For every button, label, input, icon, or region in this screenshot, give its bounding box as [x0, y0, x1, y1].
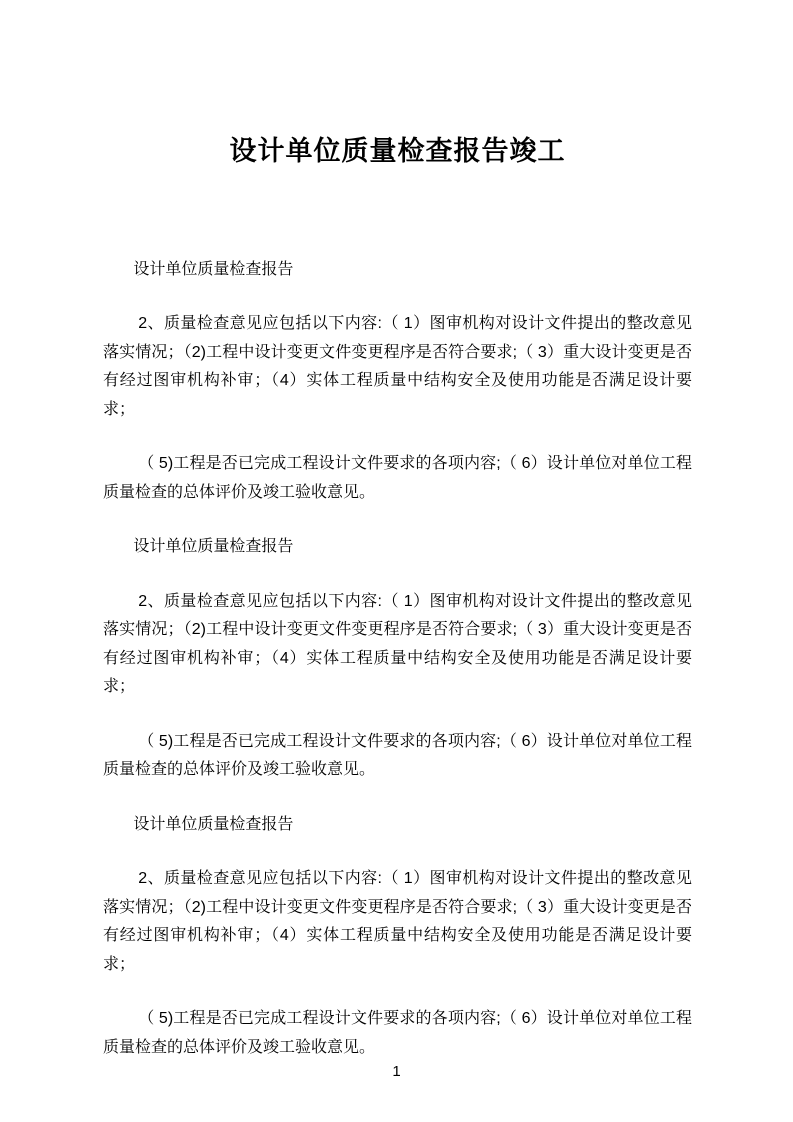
- section-heading: 设计单位质量检查报告: [103, 256, 692, 285]
- section-paragraph: （ 5)工程是否已完成工程设计文件要求的各项内容;（ 6）设计单位对单位工程质量…: [103, 450, 692, 507]
- report-section: 设计单位质量检查报告 2、质量检查意见应包括以下内容:（ 1）图审机构对设计文件…: [103, 811, 692, 1063]
- document-content: 设计单位质量检查报告竣工 设计单位质量检查报告 2、质量检查意见应包括以下内容:…: [0, 135, 793, 1062]
- section-paragraph: 2、质量检查意见应包括以下内容:（ 1）图审机构对设计文件提出的整改意见落实情况…: [103, 310, 692, 424]
- section-heading: 设计单位质量检查报告: [103, 533, 692, 562]
- section-heading: 设计单位质量检查报告: [103, 811, 692, 840]
- report-section: 设计单位质量检查报告 2、质量检查意见应包括以下内容:（ 1）图审机构对设计文件…: [103, 533, 692, 785]
- document-page: 设计单位质量检查报告竣工 设计单位质量检查报告 2、质量检查意见应包括以下内容:…: [0, 0, 793, 1122]
- section-paragraph: （ 5)工程是否已完成工程设计文件要求的各项内容;（ 6）设计单位对单位工程质量…: [103, 728, 692, 785]
- section-paragraph: 2、质量检查意见应包括以下内容:（ 1）图审机构对设计文件提出的整改意见落实情况…: [103, 588, 692, 702]
- section-paragraph: （ 5)工程是否已完成工程设计文件要求的各项内容;（ 6）设计单位对单位工程质量…: [103, 1005, 692, 1062]
- section-paragraph: 2、质量检查意见应包括以下内容:（ 1）图审机构对设计文件提出的整改意见落实情况…: [103, 865, 692, 979]
- report-section: 设计单位质量检查报告 2、质量检查意见应包括以下内容:（ 1）图审机构对设计文件…: [103, 256, 692, 508]
- page-number: 1: [0, 1062, 793, 1082]
- document-title: 设计单位质量检查报告竣工: [103, 135, 692, 169]
